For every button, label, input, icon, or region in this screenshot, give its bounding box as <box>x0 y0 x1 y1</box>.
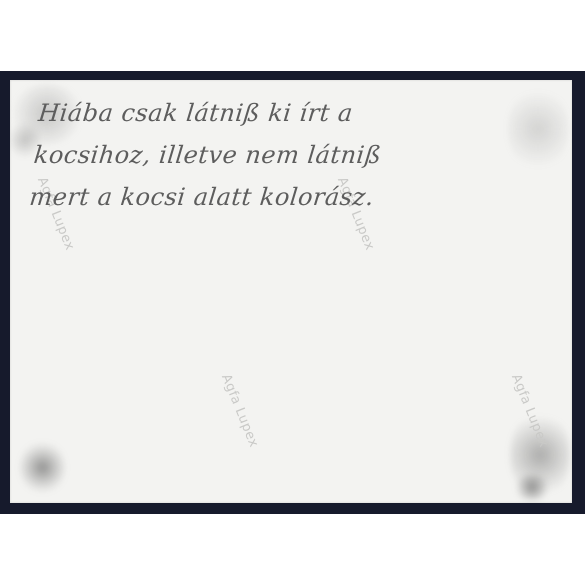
handwritten-note: Hiába csak látniß ki írt a kocsihoz, ill… <box>27 92 570 218</box>
handwritten-line: kocsihoz, illetve nem látniß <box>32 134 566 176</box>
handwritten-line: Hiába csak látniß ki írt a <box>36 92 570 134</box>
scan-background-frame: Agfa Lupex Agfa Lupex Agfa Lupex Agfa Lu… <box>0 71 585 514</box>
stain-bottom-left <box>20 440 65 495</box>
stain-bottom-right-corner <box>512 475 552 500</box>
handwritten-line: mert a kocsi alatt kolorász. <box>27 176 561 218</box>
photo-paper-back: Agfa Lupex Agfa Lupex Agfa Lupex Agfa Lu… <box>10 80 572 503</box>
paper-watermark: Agfa Lupex <box>218 372 261 450</box>
paper-watermark: Agfa Lupex <box>508 372 551 450</box>
